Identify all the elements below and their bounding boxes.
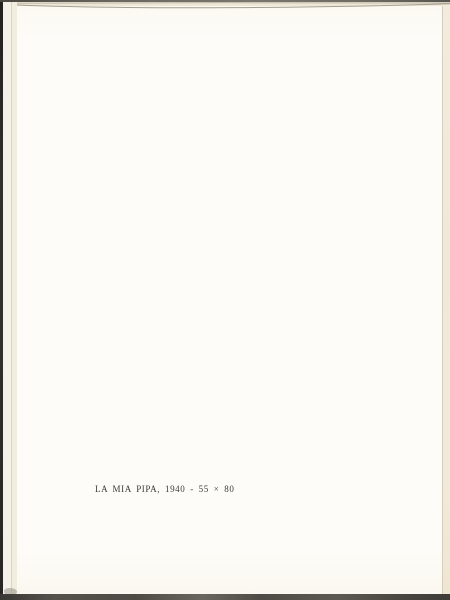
scan-bottom-dark-edge — [0, 594, 450, 600]
top-page-edge-hairlines — [0, 0, 450, 16]
book-page: LA MIA PIPA, 1940 - 55 × 80 — [17, 6, 443, 594]
scanned-book-page: LA MIA PIPA, 1940 - 55 × 80 — [0, 0, 450, 600]
top-hairline-lower — [17, 4, 450, 8]
left-page-edge-strip — [3, 0, 12, 600]
top-hairline-upper — [17, 3, 450, 4]
page-caption: LA MIA PIPA, 1940 - 55 × 80 — [95, 484, 234, 495]
left-page-edge-cream-strip — [12, 2, 17, 600]
